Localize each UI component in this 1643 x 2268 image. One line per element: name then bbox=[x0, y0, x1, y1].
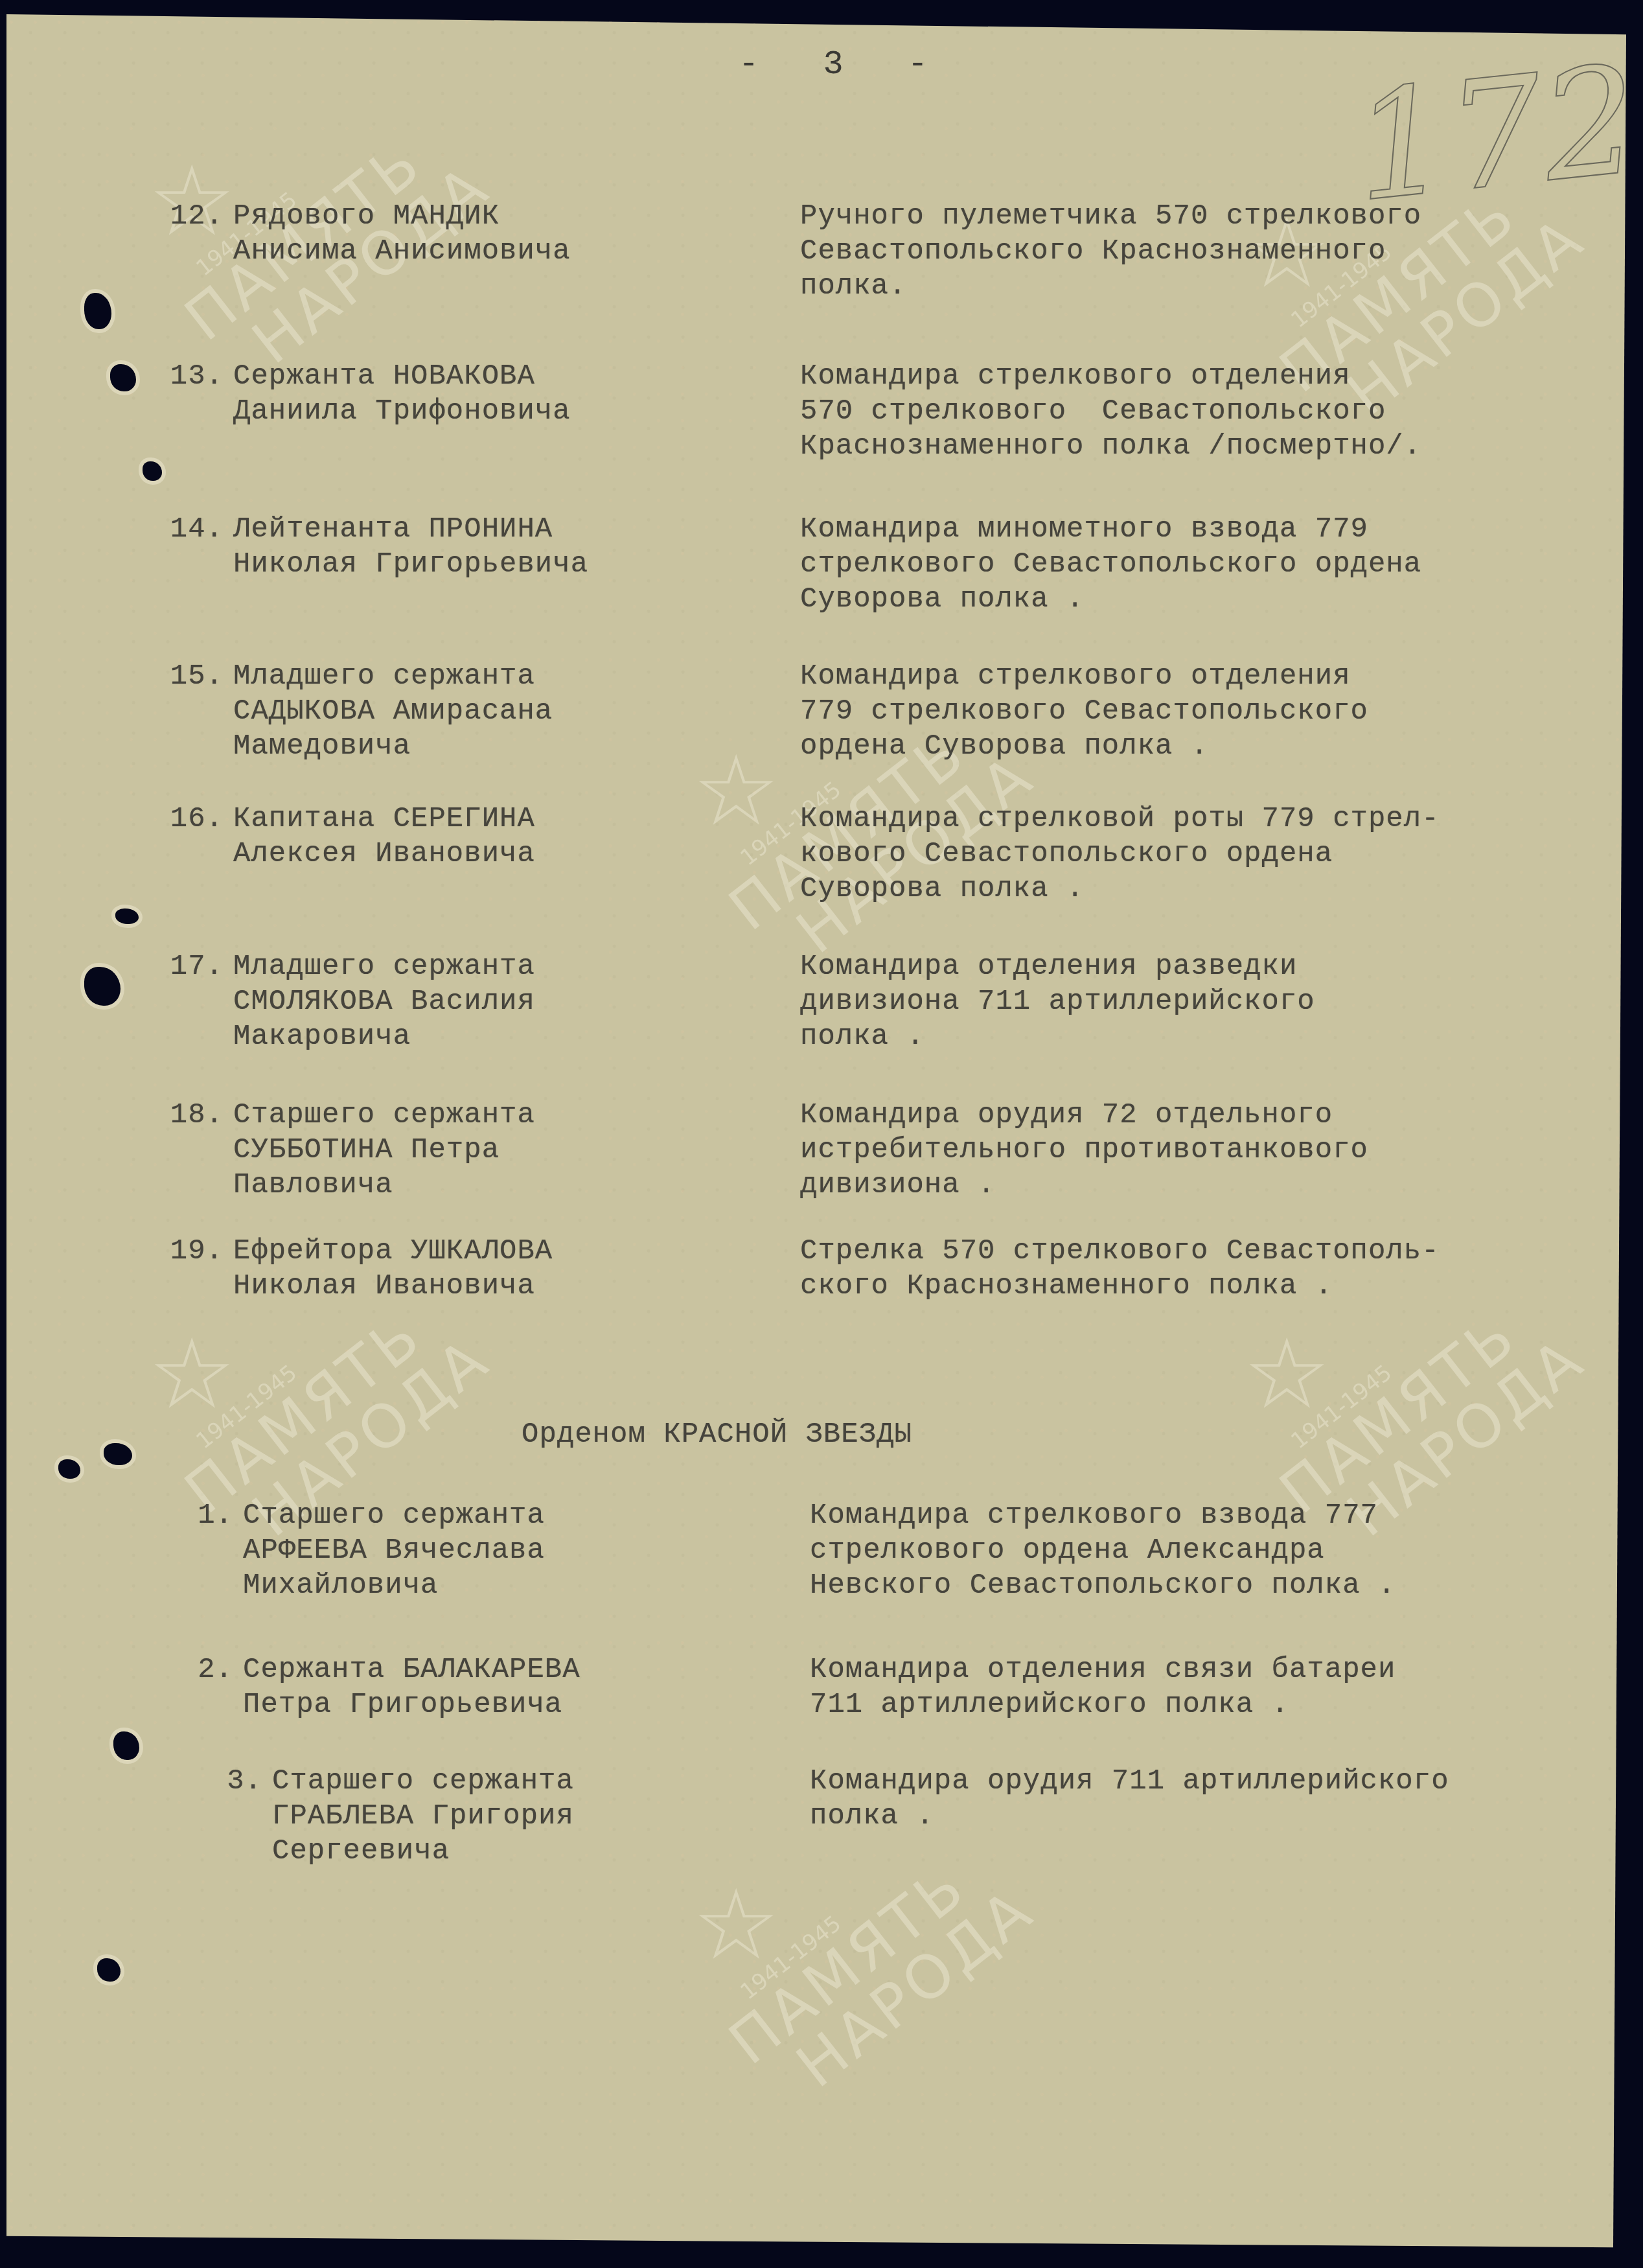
name-line: Старшего сержанта bbox=[233, 1098, 535, 1133]
position-line: Ручного пулеметчика 570 стрелкового bbox=[800, 199, 1421, 234]
recipient-name: Лейтенанта ПРОНИНАНиколая Григорьевича bbox=[233, 512, 588, 582]
recipient-position: Командира отделения разведкидивизиона 71… bbox=[800, 949, 1315, 1054]
position-line: Командира орудия 72 отдельного bbox=[800, 1098, 1368, 1133]
name-line: Алексея Ивановича bbox=[233, 837, 535, 872]
recipient-position: Командира орудия 711 артиллерийскогополк… bbox=[810, 1764, 1449, 1834]
position-line: Суворова полка . bbox=[800, 872, 1440, 907]
binding-hole bbox=[115, 908, 139, 924]
binding-hole bbox=[113, 1731, 139, 1760]
name-line: Мамедовича bbox=[233, 729, 553, 764]
position-line: Краснознаменного полка /посмертно/. bbox=[800, 429, 1421, 464]
position-line: истребительного противотанкового bbox=[800, 1133, 1368, 1168]
position-line: ского Краснознаменного полка . bbox=[800, 1269, 1440, 1304]
recipient-name: Рядового МАНДИКАнисима Анисимовича bbox=[233, 199, 571, 269]
position-line: полка . bbox=[800, 1019, 1315, 1054]
name-line: Младшего сержанта bbox=[233, 659, 553, 694]
name-line: АРФЕЕВА Вячеслава bbox=[243, 1533, 545, 1568]
position-line: Командира стрелкового отделения bbox=[800, 659, 1368, 694]
position-line: стрелкового Севастопольского ордена bbox=[800, 547, 1421, 582]
recipient-position: Командира стрелковой роты 779 стрел-ково… bbox=[800, 802, 1440, 907]
recipient-position: Командира орудия 72 отдельногоистребител… bbox=[800, 1098, 1368, 1203]
recipient-name: Старшего сержантаСУББОТИНА ПетраПавлович… bbox=[233, 1098, 535, 1203]
name-line: ГРАБЛЕВА Григория bbox=[272, 1799, 574, 1834]
name-line: Петра Григорьевича bbox=[243, 1687, 580, 1722]
name-line: Лейтенанта ПРОНИНА bbox=[233, 512, 588, 547]
name-line: Даниила Трифоновича bbox=[233, 394, 571, 429]
position-line: Командира отделения разведки bbox=[800, 949, 1315, 984]
name-line: Павловича bbox=[233, 1168, 535, 1203]
recipient-position: Командира отделения связи батареи711 арт… bbox=[810, 1652, 1396, 1722]
star-icon: ☆ bbox=[148, 1326, 235, 1423]
recipient-position: Командира стрелкового отделения779 стрел… bbox=[800, 659, 1368, 764]
entry-number: 12. bbox=[152, 199, 224, 234]
recipient-name: Сержанта БАЛАКАРЕВАПетра Григорьевича bbox=[243, 1652, 580, 1722]
position-line: ордена Суворова полка . bbox=[800, 729, 1368, 764]
name-line: Николая Ивановича bbox=[233, 1269, 553, 1304]
name-line: Сергеевича bbox=[272, 1834, 574, 1869]
name-line: Младшего сержанта bbox=[233, 949, 535, 984]
star-icon: ☆ bbox=[693, 743, 779, 840]
star-icon: ☆ bbox=[1243, 1326, 1330, 1423]
binding-hole bbox=[104, 1443, 132, 1465]
document-page: ☆ 1941-1945 ПАМЯТЬ НАРОДА ☆ 1941-1945 ПА… bbox=[6, 14, 1626, 2256]
name-line: Макаровича bbox=[233, 1019, 535, 1054]
page-number: - 3 - bbox=[739, 45, 950, 84]
recipient-name: Младшего сержантаСМОЛЯКОВА ВасилияМакаро… bbox=[233, 949, 535, 1054]
recipient-position: Командира стрелкового отделения570 стрел… bbox=[800, 359, 1421, 464]
position-line: дивизиона 711 артиллерийского bbox=[800, 984, 1315, 1019]
name-line: Николая Григорьевича bbox=[233, 547, 588, 582]
position-line: Командира стрелкового взвода 777 bbox=[810, 1498, 1396, 1533]
entry-number: 17. bbox=[152, 949, 224, 984]
name-line: Ефрейтора УШКАЛОВА bbox=[233, 1234, 553, 1269]
recipient-name: Старшего сержантаАРФЕЕВА ВячеславаМихайл… bbox=[243, 1498, 545, 1603]
name-line: САДЫКОВА Амирасана bbox=[233, 694, 553, 729]
recipient-name: Сержанта НОВАКОВАДаниила Трифоновича bbox=[233, 359, 571, 429]
position-line: Командира стрелковой роты 779 стрел- bbox=[800, 802, 1440, 837]
recipient-name: Младшего сержантаСАДЫКОВА АмирасанаМамед… bbox=[233, 659, 553, 764]
position-line: Суворова полка . bbox=[800, 582, 1421, 617]
name-line: СУББОТИНА Петра bbox=[233, 1133, 535, 1168]
entry-number: 14. bbox=[152, 512, 224, 547]
name-line: Сержанта НОВАКОВА bbox=[233, 359, 571, 394]
entry-number: 13. bbox=[152, 359, 224, 394]
watermark: ☆ 1941-1945 ПАМЯТЬ НАРОДА bbox=[706, 1814, 1044, 2122]
star-icon: ☆ bbox=[693, 1877, 779, 1974]
recipient-name: Капитана СЕРЕГИНААлексея Ивановича bbox=[233, 802, 535, 872]
position-line: Командира отделения связи батареи bbox=[810, 1652, 1396, 1687]
recipient-name: Ефрейтора УШКАЛОВАНиколая Ивановича bbox=[233, 1234, 553, 1304]
position-line: полка . bbox=[810, 1799, 1449, 1834]
recipient-position: Стрелка 570 стрелкового Севастополь-ског… bbox=[800, 1234, 1440, 1304]
name-line: Старшего сержанта bbox=[243, 1498, 545, 1533]
name-line: Рядового МАНДИК bbox=[233, 199, 571, 234]
position-line: 779 стрелкового Севастопольского bbox=[800, 694, 1368, 729]
name-line: Капитана СЕРЕГИНА bbox=[233, 802, 535, 837]
entry-number: 3. bbox=[191, 1764, 262, 1799]
position-line: кового Севастопольского ордена bbox=[800, 837, 1440, 872]
entry-number: 15. bbox=[152, 659, 224, 694]
entry-number: 18. bbox=[152, 1098, 224, 1133]
position-line: 711 артиллерийского полка . bbox=[810, 1687, 1396, 1722]
position-line: Командира стрелкового отделения bbox=[800, 359, 1421, 394]
position-line: Невского Севастопольского полка . bbox=[810, 1568, 1396, 1603]
position-line: полка. bbox=[800, 269, 1421, 304]
position-line: 570 стрелкового Севастопольского bbox=[800, 394, 1421, 429]
entry-number: 19. bbox=[152, 1234, 224, 1269]
entry-number: 2. bbox=[162, 1652, 233, 1687]
name-line: СМОЛЯКОВА Василия bbox=[233, 984, 535, 1019]
binding-hole bbox=[110, 364, 136, 391]
section-title: Орденом КРАСНОЙ ЗВЕЗДЫ bbox=[522, 1417, 912, 1452]
position-line: Командира минометного взвода 779 bbox=[800, 512, 1421, 547]
binding-hole bbox=[97, 1958, 121, 1982]
binding-hole bbox=[84, 293, 111, 329]
name-line: Сержанта БАЛАКАРЕВА bbox=[243, 1652, 580, 1687]
recipient-name: Старшего сержантаГРАБЛЕВА ГригорияСергее… bbox=[272, 1764, 574, 1869]
entry-number: 1. bbox=[162, 1498, 233, 1533]
recipient-position: Командира минометного взвода 779стрелков… bbox=[800, 512, 1421, 617]
position-line: дивизиона . bbox=[800, 1168, 1368, 1203]
name-line: Михайловича bbox=[243, 1568, 545, 1603]
binding-hole bbox=[84, 967, 121, 1006]
binding-hole bbox=[58, 1459, 80, 1479]
position-line: Стрелка 570 стрелкового Севастополь- bbox=[800, 1234, 1440, 1269]
position-line: Командира орудия 711 артиллерийского bbox=[810, 1764, 1449, 1799]
position-line: Севастопольского Краснознаменного bbox=[800, 234, 1421, 269]
entry-number: 16. bbox=[152, 802, 224, 837]
recipient-position: Ручного пулеметчика 570 стрелковогоСевас… bbox=[800, 199, 1421, 304]
position-line: стрелкового ордена Александра bbox=[810, 1533, 1396, 1568]
binding-hole bbox=[143, 461, 162, 481]
name-line: Старшего сержанта bbox=[272, 1764, 574, 1799]
name-line: Анисима Анисимовича bbox=[233, 234, 571, 269]
recipient-position: Командира стрелкового взвода 777стрелков… bbox=[810, 1498, 1396, 1603]
